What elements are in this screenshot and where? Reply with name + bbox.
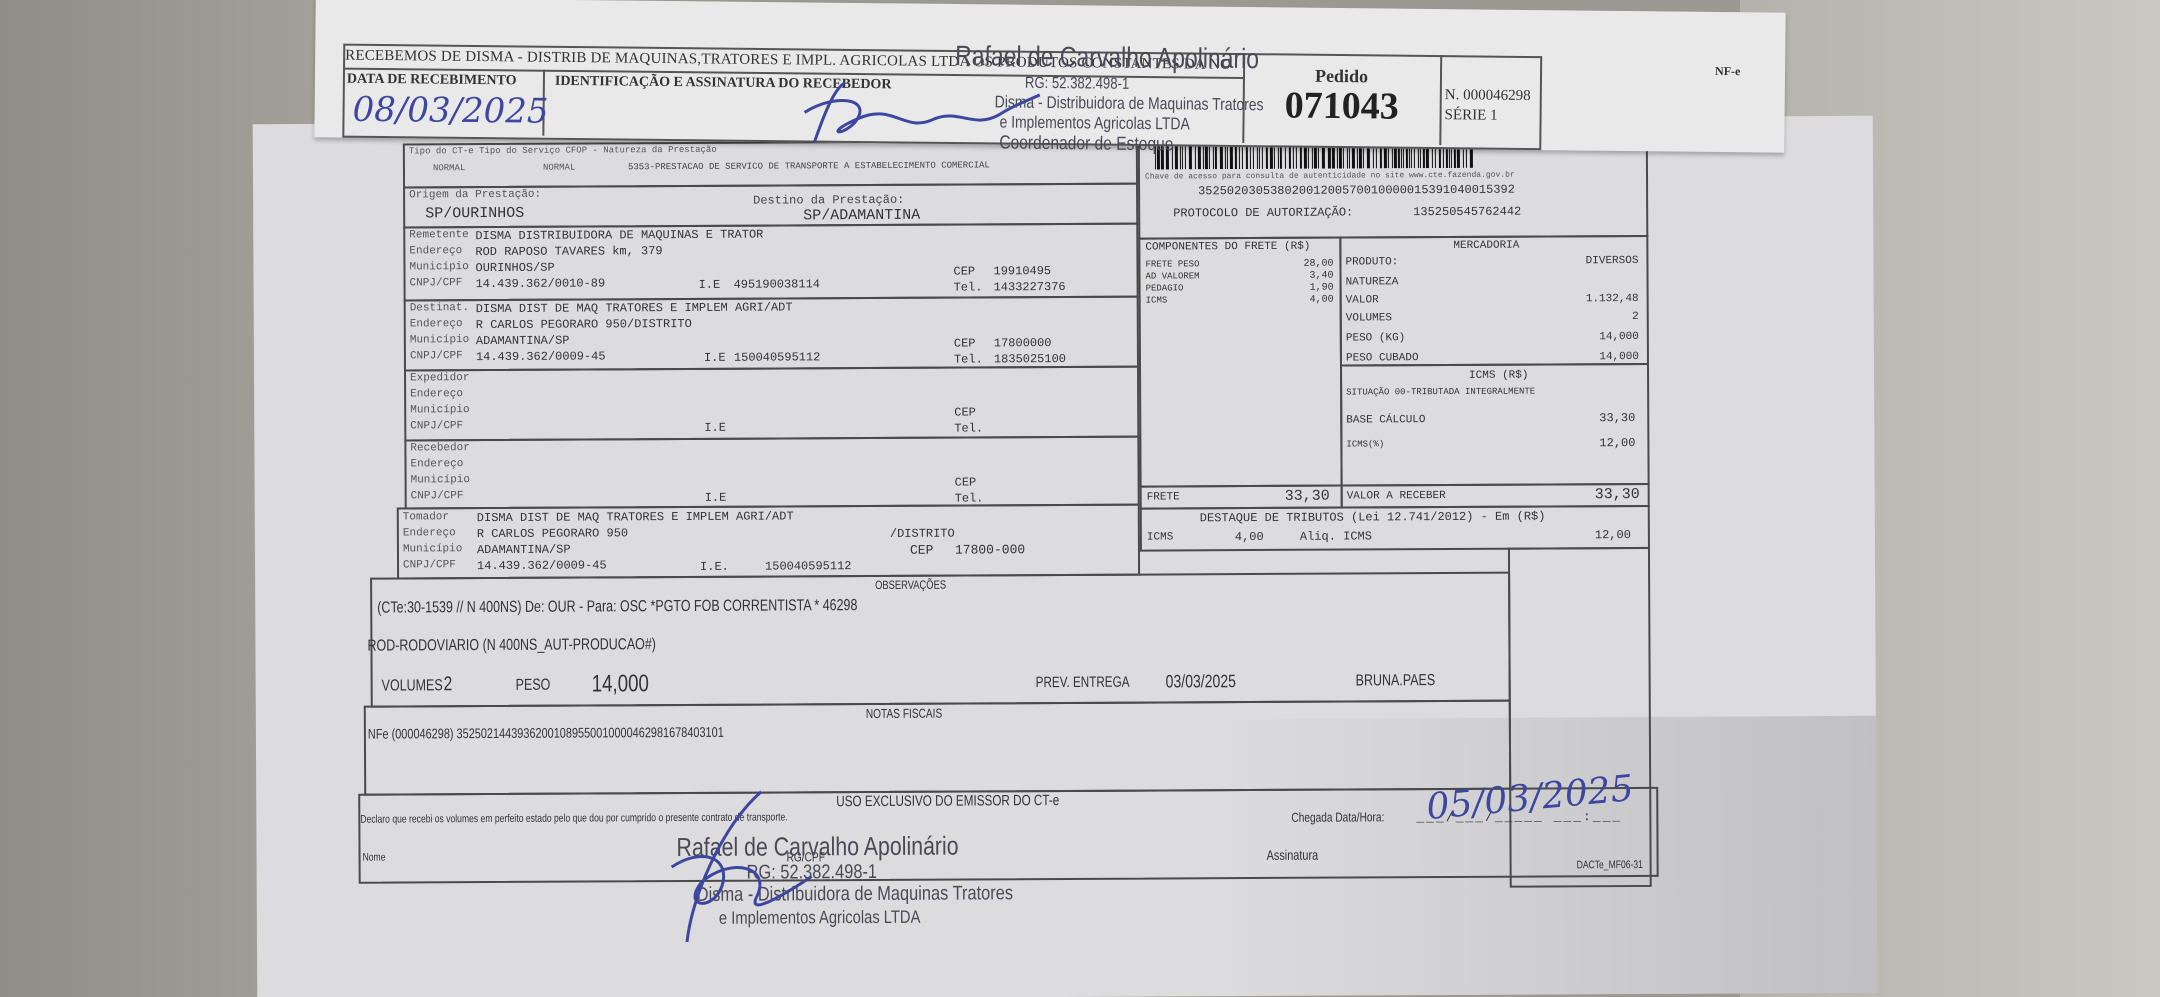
frete-component-value: 1,90 xyxy=(1284,283,1334,294)
prev-entrega: 03/03/2025 xyxy=(1166,671,1236,692)
tomador-cep: 17800-000 xyxy=(955,542,1025,557)
nfe-number: N. 000046298 xyxy=(1445,87,1531,105)
mercadoria-title: MERCADORIA xyxy=(1453,240,1519,252)
bottom-signature xyxy=(661,786,832,947)
tomador-cnpj-label: CNPJ/CPF xyxy=(403,559,456,571)
observacoes-user: BRUNA.PAES xyxy=(1356,672,1436,690)
remetente-municipio: OURINHOS/SP xyxy=(475,261,554,275)
remetente-label: Remetente xyxy=(409,229,468,241)
observacoes-volumes: 2 xyxy=(444,673,453,696)
dacte-page: Tipo do CT-e Tipo do Serviço CFOP - Natu… xyxy=(253,116,1878,997)
remetente-name: DISMA DISTRIBUIDORA DE MAQUINAS E TRATOR xyxy=(475,228,763,244)
destinatario-cep-label: CEP xyxy=(954,336,976,350)
expedidor-municipio-label: Município xyxy=(410,404,469,416)
icms-aliq: 12,00 xyxy=(1599,436,1635,450)
remetente-cnpj-label: CNPJ/CPF xyxy=(410,277,463,289)
prev-entrega-label: PREV. ENTREGA xyxy=(1036,674,1130,691)
observacoes-line2: ROD-RODOVIARIO (N 400NS_AUT-PRODUCAO#) xyxy=(367,636,656,656)
observacoes-title: OBSERVAÇÕES xyxy=(875,578,946,592)
remetente-tel-label: Tel. xyxy=(954,280,983,294)
tributos-title: DESTAQUE DE TRIBUTOS (Lei 12.741/2012) -… xyxy=(1200,509,1546,525)
remetente-tel: 1433227376 xyxy=(994,280,1066,294)
mercadoria-row-value: 2 xyxy=(1524,311,1639,324)
tributos-aliq-label: Aliq. ICMS xyxy=(1300,529,1372,543)
expedidor-cnpj-label: CNPJ/CPF xyxy=(410,420,463,432)
remetente-municipio-label: Município xyxy=(409,261,468,273)
form-code: DACTe_MF06-31 xyxy=(1577,859,1643,871)
expedidor-endereco-label: Endereço xyxy=(410,388,463,400)
tomador-label: Tomador xyxy=(403,511,449,523)
destinatario-tel-label: Tel. xyxy=(954,352,983,366)
remetente-cnpj: 14.439.362/0010-89 xyxy=(476,276,606,291)
destinatario-label: Destinat. xyxy=(410,302,469,314)
chegada-label: Chegada Data/Hora: xyxy=(1291,809,1384,824)
remetente-endereco-label: Endereço xyxy=(409,245,462,257)
remetente-ie-label: I.E xyxy=(699,278,721,292)
destinatario-name: DISMA DIST DE MAQ TRATORES E IMPLEM AGRI… xyxy=(476,300,793,316)
tomador-cnpj: 14.439.362/0009-45 xyxy=(477,558,607,573)
recebedor-cnpj-label: CNPJ/CPF xyxy=(411,490,464,502)
frete-component-value: 3,40 xyxy=(1283,271,1333,282)
frete-component-value: 28,00 xyxy=(1283,259,1333,270)
tributos-aliq: 12,00 xyxy=(1595,528,1631,542)
stamp-name: Rafael de Carvalho Apolinário xyxy=(955,40,1259,75)
tomador-ie-label: I.E. xyxy=(700,560,729,574)
observacoes-volumes-label: VOLUMES xyxy=(382,677,443,695)
expedidor-tel-label: Tel. xyxy=(954,421,983,435)
frete-component-label: ICMS xyxy=(1146,295,1168,305)
mercadoria-row-label: PRODUTO: xyxy=(1345,256,1398,268)
icms-situacao: SITUAÇÃO 00-TRIBUTADA INTEGRALMENTE xyxy=(1346,387,1535,398)
barcode-caption: Chave de acesso para consulta de autenti… xyxy=(1145,171,1515,182)
nome-label: Nome xyxy=(363,852,386,864)
frete-total: 33,30 xyxy=(1285,488,1330,505)
receiver-signature xyxy=(784,72,1045,155)
tomador-municipio: ADAMANTINA/SP xyxy=(477,543,571,557)
mercadoria-row-label: VALOR xyxy=(1346,294,1379,306)
destinatario-endereco: R CARLOS PEGORARO 950/DISTRITO xyxy=(476,317,692,332)
protocolo-value: 135250545762442 xyxy=(1413,205,1521,220)
tipo-cte: NORMAL xyxy=(433,163,465,173)
recebedor-municipio-label: Município xyxy=(411,474,470,486)
assinatura-label: Assinatura xyxy=(1267,847,1319,863)
origem-value: SP/OURINHOS xyxy=(425,205,524,223)
notas-fiscais-line: NFe (000046298) 352502144393620010895500… xyxy=(368,724,724,742)
observacoes-peso: 14,000 xyxy=(592,670,649,698)
destinatario-cep: 17800000 xyxy=(994,336,1052,350)
icms-base: 33,30 xyxy=(1599,411,1635,425)
frete-component-label: FRETE PESO xyxy=(1145,259,1199,269)
cfop: 5353-PRESTACAO DE SERVICO DE TRANSPORTE … xyxy=(628,160,990,172)
observacoes-line1: (CTe:30-1539 // N 400NS) De: OUR - Para:… xyxy=(377,597,857,618)
expedidor-cep-label: CEP xyxy=(954,405,976,419)
tributos-icms: 4,00 xyxy=(1235,530,1264,544)
expedidor-box xyxy=(404,366,1139,442)
tomador-name: DISMA DIST DE MAQ TRATORES E IMPLEM AGRI… xyxy=(477,509,794,525)
recebedor-endereco-label: Endereço xyxy=(410,458,463,470)
nfe-serie: SÉRIE 1 xyxy=(1445,107,1498,125)
valor-receber-label: VALOR A RECEBER xyxy=(1347,490,1446,503)
dacte-document: Tipo do CT-e Tipo do Serviço CFOP - Natu… xyxy=(403,137,1572,973)
pedido-number: 071043 xyxy=(1284,83,1398,128)
protocolo-label: PROTOCOLO DE AUTORIZAÇÃO: xyxy=(1173,205,1353,220)
mercadoria-row-value: 14,000 xyxy=(1524,351,1639,364)
icms-base-label: BASE CÁLCULO xyxy=(1346,414,1425,426)
tomador-endereco-label: Endereço xyxy=(403,527,456,539)
destinatario-ie: 150040595112 xyxy=(734,350,820,364)
recebedor-cep-label: CEP xyxy=(955,475,977,489)
mercadoria-row-value: DIVERSOS xyxy=(1523,255,1638,268)
tomador-ie: 150040595112 xyxy=(765,559,851,573)
tomador-cep-label: CEP xyxy=(910,543,933,558)
mercadoria-row-value: 1.132,48 xyxy=(1524,293,1639,306)
frete-component-value: 4,00 xyxy=(1284,295,1334,306)
valor-receber: 33,30 xyxy=(1595,486,1640,503)
destinatario-ie-label: I.E xyxy=(704,351,726,365)
remetente-cep-label: CEP xyxy=(953,264,975,278)
remetente-cep: 19910495 xyxy=(993,264,1051,278)
destinatario-endereco-label: Endereço xyxy=(410,318,463,330)
notas-fiscais-title: NOTAS FISCAIS xyxy=(866,706,943,721)
componentes-frete-title: COMPONENTES DO FRETE (R$) xyxy=(1145,241,1310,254)
recebedor-box xyxy=(404,436,1139,510)
remetente-endereco: ROD RAPOSO TAVARES km, 379 xyxy=(475,244,662,259)
destinatario-cnpj-label: CNPJ/CPF xyxy=(410,350,463,362)
mercadoria-row-label: PESO (KG) xyxy=(1346,332,1405,344)
mercadoria-row-value: 14,000 xyxy=(1524,331,1639,344)
remetente-ie: 495190038114 xyxy=(734,277,820,291)
date-received-handwritten: 08/03/2025 xyxy=(352,90,548,132)
tomador-endereco: R CARLOS PEGORARO 950 xyxy=(477,526,628,541)
recebedor-ie-label: I.E xyxy=(705,491,727,505)
frete-component-label: AD VALOREM xyxy=(1145,271,1199,281)
expedidor-ie-label: I.E xyxy=(704,421,726,435)
chave-acesso: 3525020305380200120057001000001539104001… xyxy=(1198,183,1515,199)
frete-component-label: PEDAGIO xyxy=(1146,283,1184,293)
tomador-municipio-label: Município xyxy=(403,543,462,555)
destino-label: Destino da Prestação: xyxy=(753,193,904,208)
destinatario-municipio: ADAMANTINA/SP xyxy=(476,334,570,348)
tipo-servico: NORMAL xyxy=(543,163,575,173)
icms-title: ICMS (R$) xyxy=(1469,370,1528,382)
observacoes-peso-label: PESO xyxy=(516,677,551,695)
recebedor-label: Recebedor xyxy=(410,442,469,454)
destinatario-tel: 1835025100 xyxy=(994,352,1066,366)
uso-exclusivo-title: USO EXCLUSIVO DO EMISSOR DO CT-e xyxy=(836,792,1059,810)
destinatario-municipio-label: Município xyxy=(410,334,469,346)
frete-label: FRETE xyxy=(1147,491,1180,503)
date-received-label: DATA DE RECEBIMENTO xyxy=(347,72,517,90)
icms-aliq-label: ICMS(%) xyxy=(1346,439,1384,449)
origem-label: Origem da Prestação: xyxy=(409,189,541,202)
tributos-icms-label: ICMS xyxy=(1147,531,1173,543)
mercadoria-row-label: PESO CUBADO xyxy=(1346,352,1419,364)
nfe-label: NF-e xyxy=(1715,64,1740,79)
expedidor-label: Expedidor xyxy=(410,372,469,384)
receipt-stub: RECEBEMOS DE DISMA - DISTRIB DE MAQUINAS… xyxy=(314,0,1785,153)
mercadoria-row-label: VOLUMES xyxy=(1346,312,1392,324)
cte-header-labels: Tipo do CT-e Tipo do Serviço CFOP - Natu… xyxy=(409,145,717,157)
destinatario-cnpj: 14.439.362/0009-45 xyxy=(476,349,606,364)
tomador-distrito: /DISTRITO xyxy=(890,527,955,541)
destino-value: SP/ADAMANTINA xyxy=(803,207,920,225)
mercadoria-row-label: NATUREZA xyxy=(1346,276,1399,288)
